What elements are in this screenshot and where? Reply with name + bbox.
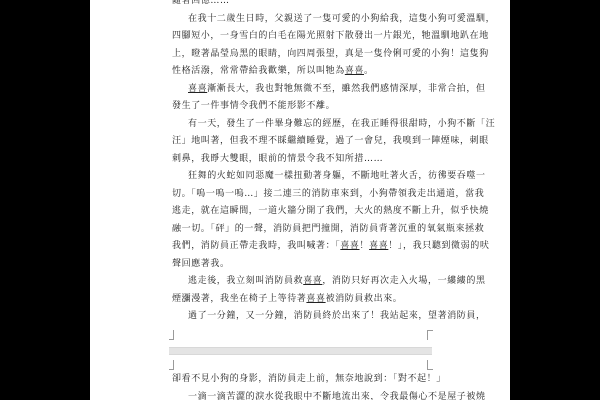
- line-text: ，消防只好再次走入火場，一縷縷的黑: [322, 276, 485, 286]
- line-text: 我們，消防員正帶走我時，我叫喊著：「: [172, 241, 340, 251]
- line-text: 狂舞的火蛇如同惡魔一樣扭動著身軀，不斷地吐著火舌，彷彿要吞噬一: [188, 171, 486, 181]
- line-text: 在我十二歲生日時，父親送了一隻可愛的小狗給我，這隻小狗可愛溫馴，: [188, 14, 495, 24]
- page-margin-corner-bottom-left: [169, 330, 174, 340]
- text-line: 隨著回憶……: [172, 0, 428, 11]
- text-line: 有一天，發生了一件畢身難忘的經歷，在我正睡得很甜時，小狗不斷「汪: [172, 116, 428, 134]
- line-text: 聲回應著我。: [172, 259, 230, 269]
- text-line: 卻看不見小狗的身影，消防員走上前，無奈地說到：「對不起！」: [172, 371, 428, 389]
- dog-name: 喜喜: [345, 66, 364, 76]
- text-line: 四腳短小，一身雪白的白毛在陽光照射下散發出一片銀光，牠溫馴地趴在地: [172, 28, 428, 46]
- line-text: 漸漸長大，我也對牠無微不至，雖然我們感情深厚，非常合拍，但: [207, 84, 485, 94]
- line-text: 有一天，發生了一件畢身難忘的經歷，在我正睡得很甜時，小狗不斷「汪: [188, 119, 495, 129]
- text-line: 喜喜漸漸長大，我也對牠無微不至，雖然我們感情深厚，非常合拍，但: [172, 81, 428, 99]
- document-viewport[interactable]: 隨著回憶……在我十二歲生日時，父親送了一隻可愛的小狗給我，這隻小狗可愛溫馴，四腳…: [90, 0, 510, 400]
- line-text: 發生了一件事情令我們不能形影不離。: [172, 101, 335, 111]
- page-margin-corner-top-left: [169, 360, 174, 370]
- text-line: 切。「嗚一嗚一嗚…」接二連三的消防車來到，小狗帶領我走出通道，當我: [172, 186, 428, 204]
- dog-name: 喜喜: [303, 276, 322, 286]
- dog-name: 喜喜: [369, 241, 388, 251]
- line-text: 上，瞪著晶瑩烏黑的眼睛，向四周張望，真是一隻伶俐可愛的小狗！這隻狗: [172, 49, 489, 59]
- dog-name: 喜喜: [306, 294, 325, 304]
- page-margin-corner-top-right: [427, 360, 433, 370]
- page-break-gap: [169, 347, 432, 355]
- text-line: 我們，消防員正帶走我時，我叫喊著：「喜喜！喜喜！」，我只聽到微弱的吠: [172, 238, 428, 256]
- dog-name: 喜喜: [340, 241, 359, 251]
- line-text: 煙瀰漫著，我坐在椅子上等待著: [172, 294, 306, 304]
- line-text: 。: [364, 66, 374, 76]
- line-text: 融一切。「砰」的一聲，消防員把門撞開，消防員背著沉重的氧氣瓶來拯救: [172, 224, 484, 234]
- text-line: 刺鼻，我睜大雙眼，眼前的情景令我不知所措……: [172, 151, 428, 169]
- text-line: 狂舞的火蛇如同惡魔一樣扭動著身軀，不斷地吐著火舌，彷彿要吞噬一: [172, 168, 428, 186]
- line-text: ！」，我只聽到微弱的吠: [388, 241, 489, 251]
- page-1-text: 隨著回憶……在我十二歲生日時，父親送了一隻可愛的小狗給我，這隻小狗可愛溫馴，四腳…: [172, 0, 428, 326]
- line-text: 刺鼻，我睜大雙眼，眼前的情景令我不知所措……: [172, 154, 383, 164]
- text-line: 融一切。「砰」的一聲，消防員把門撞開，消防員背著沉重的氧氣瓶來拯救: [172, 221, 428, 239]
- line-text: 卻看不見小狗的身影，消防員走上前，無奈地說到：「對不起！」: [172, 374, 446, 384]
- text-line: 逃走後，我立刻叫消防員救喜喜，消防只好再次走入火場，一縷縷的黑: [172, 273, 428, 291]
- line-text: 性格活潑，常常帶給我歡樂，所以叫牠為: [172, 66, 345, 76]
- text-line: 發生了一件事情令我們不能形影不離。: [172, 98, 428, 116]
- text-line: 過了一分鐘，又一分鐘，消防員終於出來了！我站起來，望著消防員，: [172, 308, 428, 326]
- text-line: 在我十二歲生日時，父親送了一隻可愛的小狗給我，這隻小狗可愛溫馴，: [172, 11, 428, 29]
- line-text: 切。「嗚一嗚一嗚…」接二連三的消防車來到，小狗帶領我走出通道，當我: [172, 189, 484, 199]
- text-line: 聲回應著我。: [172, 256, 428, 274]
- line-text: 過了一分鐘，又一分鐘，消防員終於出來了！我站起來，望著消防員，: [188, 311, 486, 321]
- line-text: 四腳短小，一身雪白的白毛在陽光照射下散發出一片銀光，牠溫馴地趴在地: [172, 31, 489, 41]
- line-text: 一滴一滴苦澀的淚水從我眼中不斷地流出來，令我最傷心不是屋子被燒: [188, 392, 486, 400]
- line-text: ！: [360, 241, 370, 251]
- line-text: 隨著回憶……: [172, 0, 230, 6]
- text-line: 性格活潑，常常帶給我歡樂，所以叫牠為喜喜。: [172, 63, 428, 81]
- text-line: 煙瀰漫著，我坐在椅子上等待著喜喜被消防員救出來。: [172, 291, 428, 309]
- line-text: 被消防員救出來。: [326, 294, 403, 304]
- page-2-text: 卻看不見小狗的身影，消防員走上前，無奈地說到：「對不起！」一滴一滴苦澀的淚水從我…: [172, 371, 428, 400]
- line-text: 逃走後，我立刻叫消防員救: [188, 276, 303, 286]
- line-text: 逃走，就在這瞬間，一道火牆分開了我們，大火的熱度不斷上升，似乎快燒: [172, 206, 489, 216]
- text-line: 上，瞪著晶瑩烏黑的眼睛，向四周張望，真是一隻伶俐可愛的小狗！這隻狗: [172, 46, 428, 64]
- page-margin-corner-bottom-right: [427, 330, 433, 340]
- line-text: 汪」地叫著，但我不理不睬繼續睡覺，過了一會兒，我嗅到一陣煙味，刺眼: [172, 136, 489, 146]
- dog-name: 喜喜: [188, 84, 207, 94]
- text-line: 逃走，就在這瞬間，一道火牆分開了我們，大火的熱度不斷上升，似乎快燒: [172, 203, 428, 221]
- text-line: 汪」地叫著，但我不理不睬繼續睡覺，過了一會兒，我嗅到一陣煙味，刺眼: [172, 133, 428, 151]
- text-line: 一滴一滴苦澀的淚水從我眼中不斷地流出來，令我最傷心不是屋子被燒: [172, 389, 428, 400]
